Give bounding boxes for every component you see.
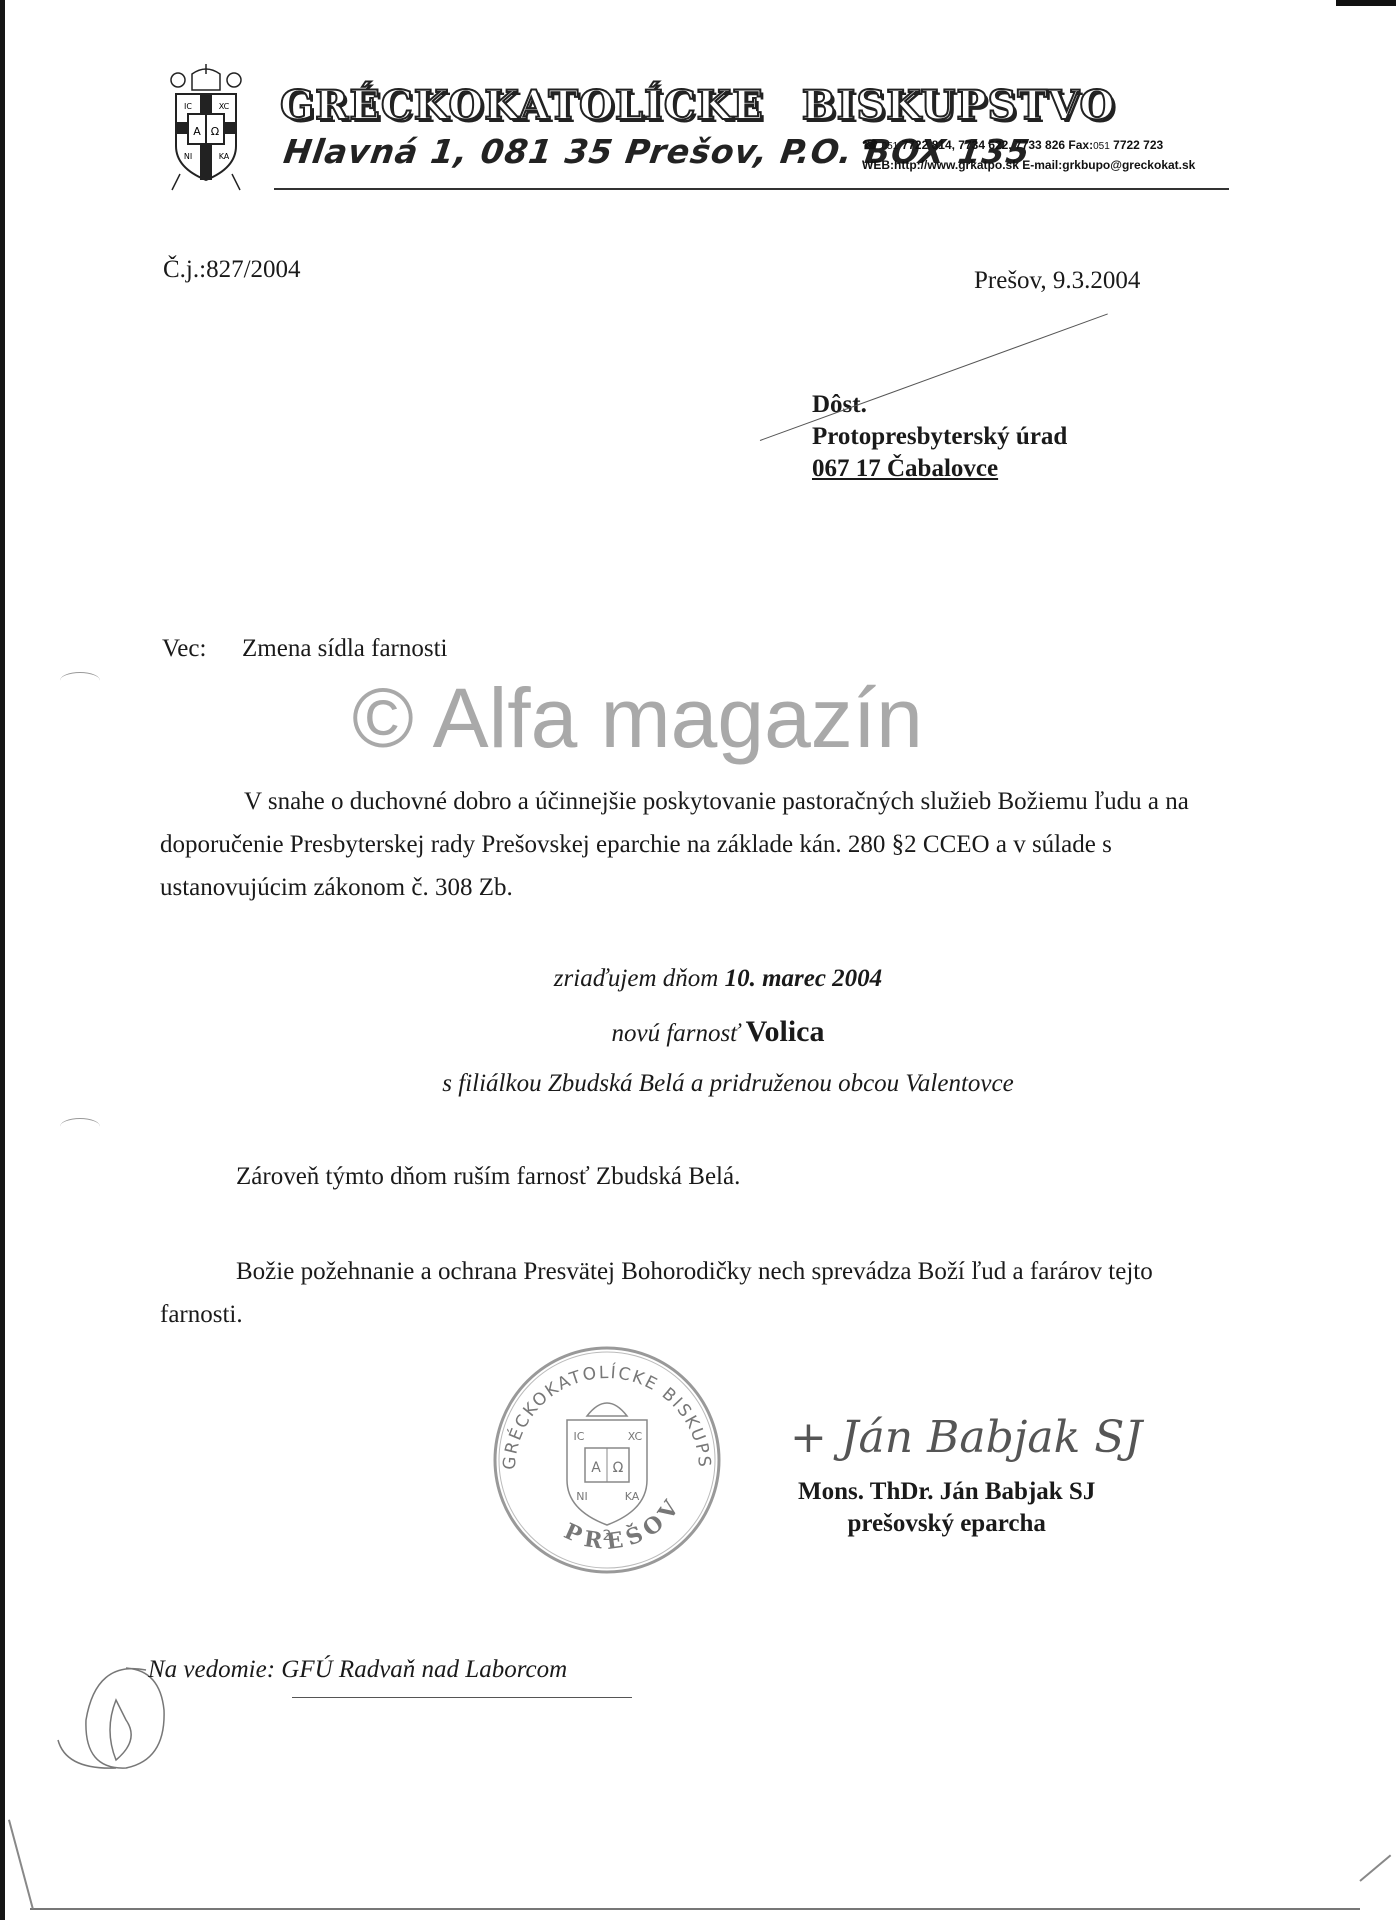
- paper-edge-right: [1359, 1855, 1391, 1882]
- svg-text:KA: KA: [625, 1490, 640, 1503]
- svg-text:IC: IC: [574, 1430, 585, 1443]
- svg-text:2: 2: [603, 1528, 612, 1544]
- svg-text:GRÉCKOKATOLÍCKE BISKUPSTVO: GRÉCKOKATOLÍCKE BISKUPSTVO: [487, 1340, 714, 1471]
- subject-line: Vec:Zmena sídla farnosti: [162, 635, 448, 663]
- paper-edge-left: [8, 1819, 34, 1908]
- phone-icon: ☎: [862, 137, 878, 152]
- reference-number: Č.j.:827/2004: [163, 256, 301, 284]
- signatory-title: prešovský eparcha: [798, 1508, 1095, 1540]
- subject-label: Vec:: [162, 635, 242, 663]
- decree-line-2: novú farnosť Volica: [20, 1015, 1396, 1049]
- svg-text:A: A: [193, 125, 201, 138]
- organization-name: GRÉCKOKATOLÍCKEBISKUPSTVO: [280, 82, 1115, 129]
- svg-text:XC: XC: [219, 102, 230, 111]
- addressee-office: Protopresbyterský úrad: [812, 421, 1067, 453]
- punch-hole-mark: [60, 672, 100, 689]
- decree-line-1: zriaďujem dňom 10. marec 2004: [20, 965, 1396, 993]
- svg-text:NI: NI: [576, 1490, 587, 1503]
- website-link[interactable]: http://www.grkatpo.sk: [894, 158, 1019, 172]
- cc-line: Na vedomie: GFÚ Radvaň nad Laborcom: [148, 1656, 567, 1684]
- letterhead-divider: [274, 188, 1229, 190]
- svg-text:A: A: [591, 1460, 601, 1476]
- cc-underline: [292, 1697, 632, 1698]
- body-paragraph-3: Božie požehnanie a ochrana Presvätej Boh…: [160, 1250, 1200, 1336]
- fax-number: 7722 723: [1113, 138, 1163, 152]
- email-link[interactable]: grkbupo@greckokat.sk: [1062, 158, 1195, 172]
- addressee-postal: 067 17 Čabalovce: [812, 453, 1067, 485]
- signatory-name: Mons. ThDr. Ján Babjak SJ: [798, 1476, 1095, 1508]
- org-name-part2: BISKUPSTVO: [802, 82, 1116, 129]
- subject-text: Zmena sídla farnosti: [242, 635, 448, 662]
- decree-date: 10. marec 2004: [725, 965, 883, 992]
- coat-of-arms-icon: A Ω IC XC NI KA: [164, 64, 248, 194]
- svg-text:IC: IC: [184, 102, 192, 111]
- addressee-block: Dôst. Protopresbyterský úrad 067 17 Čaba…: [812, 389, 1067, 485]
- svg-text:Ω: Ω: [211, 125, 219, 138]
- official-seal-icon: GRÉCKOKATOLÍCKE BISKUPSTVO PREŠOV A Ω IC…: [487, 1340, 727, 1580]
- body-paragraph-1: V snahe o duchovné dobro a účinnejšie po…: [160, 780, 1200, 909]
- svg-text:KA: KA: [219, 152, 230, 161]
- phone-numbers: 7722 814, 7734 622, 7733 826: [902, 138, 1066, 152]
- org-name-part1: GRÉCKOKATOLÍCKE: [280, 82, 764, 129]
- paper-edge-bottom: [30, 1908, 1360, 1910]
- contact-info: ☎ 051 7722 814, 7734 622, 7733 826 Fax:0…: [862, 136, 1195, 174]
- parish-name: Volica: [746, 1015, 825, 1048]
- scan-edge-left: [0, 0, 5, 1920]
- addressee-salutation: Dôst.: [812, 389, 1067, 421]
- punch-hole-mark: [60, 1118, 100, 1135]
- scan-edge-top: [1336, 0, 1396, 6]
- svg-text:Ω: Ω: [613, 1460, 624, 1476]
- signatory-block: Mons. ThDr. Ján Babjak SJ prešovský epar…: [798, 1476, 1095, 1540]
- watermark: © Alfa magazín: [352, 670, 923, 767]
- decree-line-3: s filiálkou Zbudská Belá a pridruženou o…: [30, 1070, 1396, 1098]
- body-paragraph-2: Zároveň týmto dňom ruším farnosť Zbudská…: [236, 1155, 1276, 1198]
- place-date: Prešov, 9.3.2004: [974, 267, 1140, 295]
- handwritten-signature: + Ján Babjak SJ: [790, 1412, 1142, 1463]
- svg-text:NI: NI: [184, 152, 192, 161]
- svg-text:XC: XC: [628, 1430, 643, 1443]
